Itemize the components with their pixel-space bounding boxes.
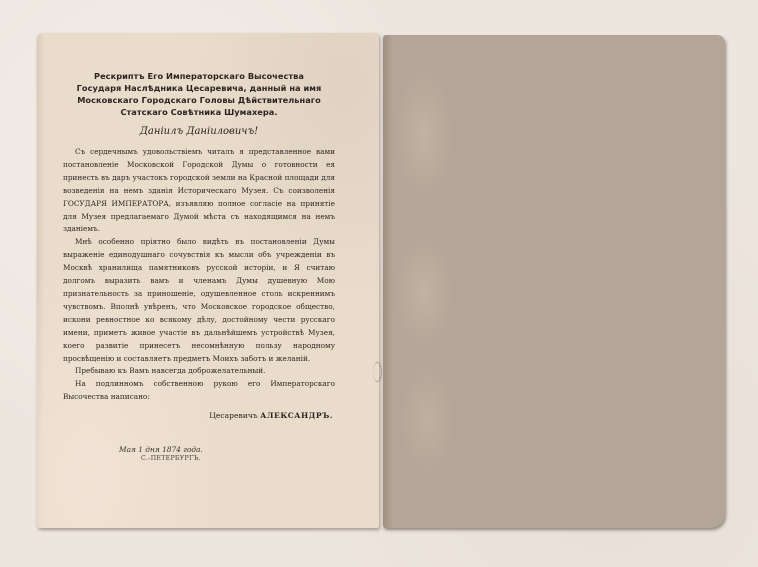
document-heading: Рескриптъ Его Императорскаго Высочества … (74, 70, 324, 118)
place-of-signing: С.-ПЕТЕРБУРГЪ. (63, 455, 335, 462)
signature: Цесаревичъ АЛЕКСАНДРЪ. (63, 411, 335, 420)
signature-prefix: Цесаревичъ (209, 411, 257, 420)
dateline: Мая 1 дня 1874 года. (63, 444, 335, 455)
paragraph-3: Пребываю къ Вамъ навсегда доброжелательн… (63, 365, 335, 378)
document-body: Съ сердечнымъ удовольствіемъ читалъ я пр… (63, 146, 335, 404)
paragraph-4: На подлинномъ собственною рукою его Импе… (63, 378, 335, 404)
paragraph-2: Мнѣ особенно пріятно было видѣть въ пост… (63, 236, 335, 365)
rescript-text-block: Рескриптъ Его Императорскаго Высочества … (63, 70, 335, 462)
right-page-blank (383, 35, 725, 528)
salutation: Даніилъ Даніиловичъ! (63, 126, 335, 137)
signature-name: АЛЕКСАНДРЪ. (260, 411, 333, 420)
binding-thread (373, 362, 382, 382)
paragraph-1: Съ сердечнымъ удовольствіемъ читалъ я пр… (63, 146, 335, 236)
